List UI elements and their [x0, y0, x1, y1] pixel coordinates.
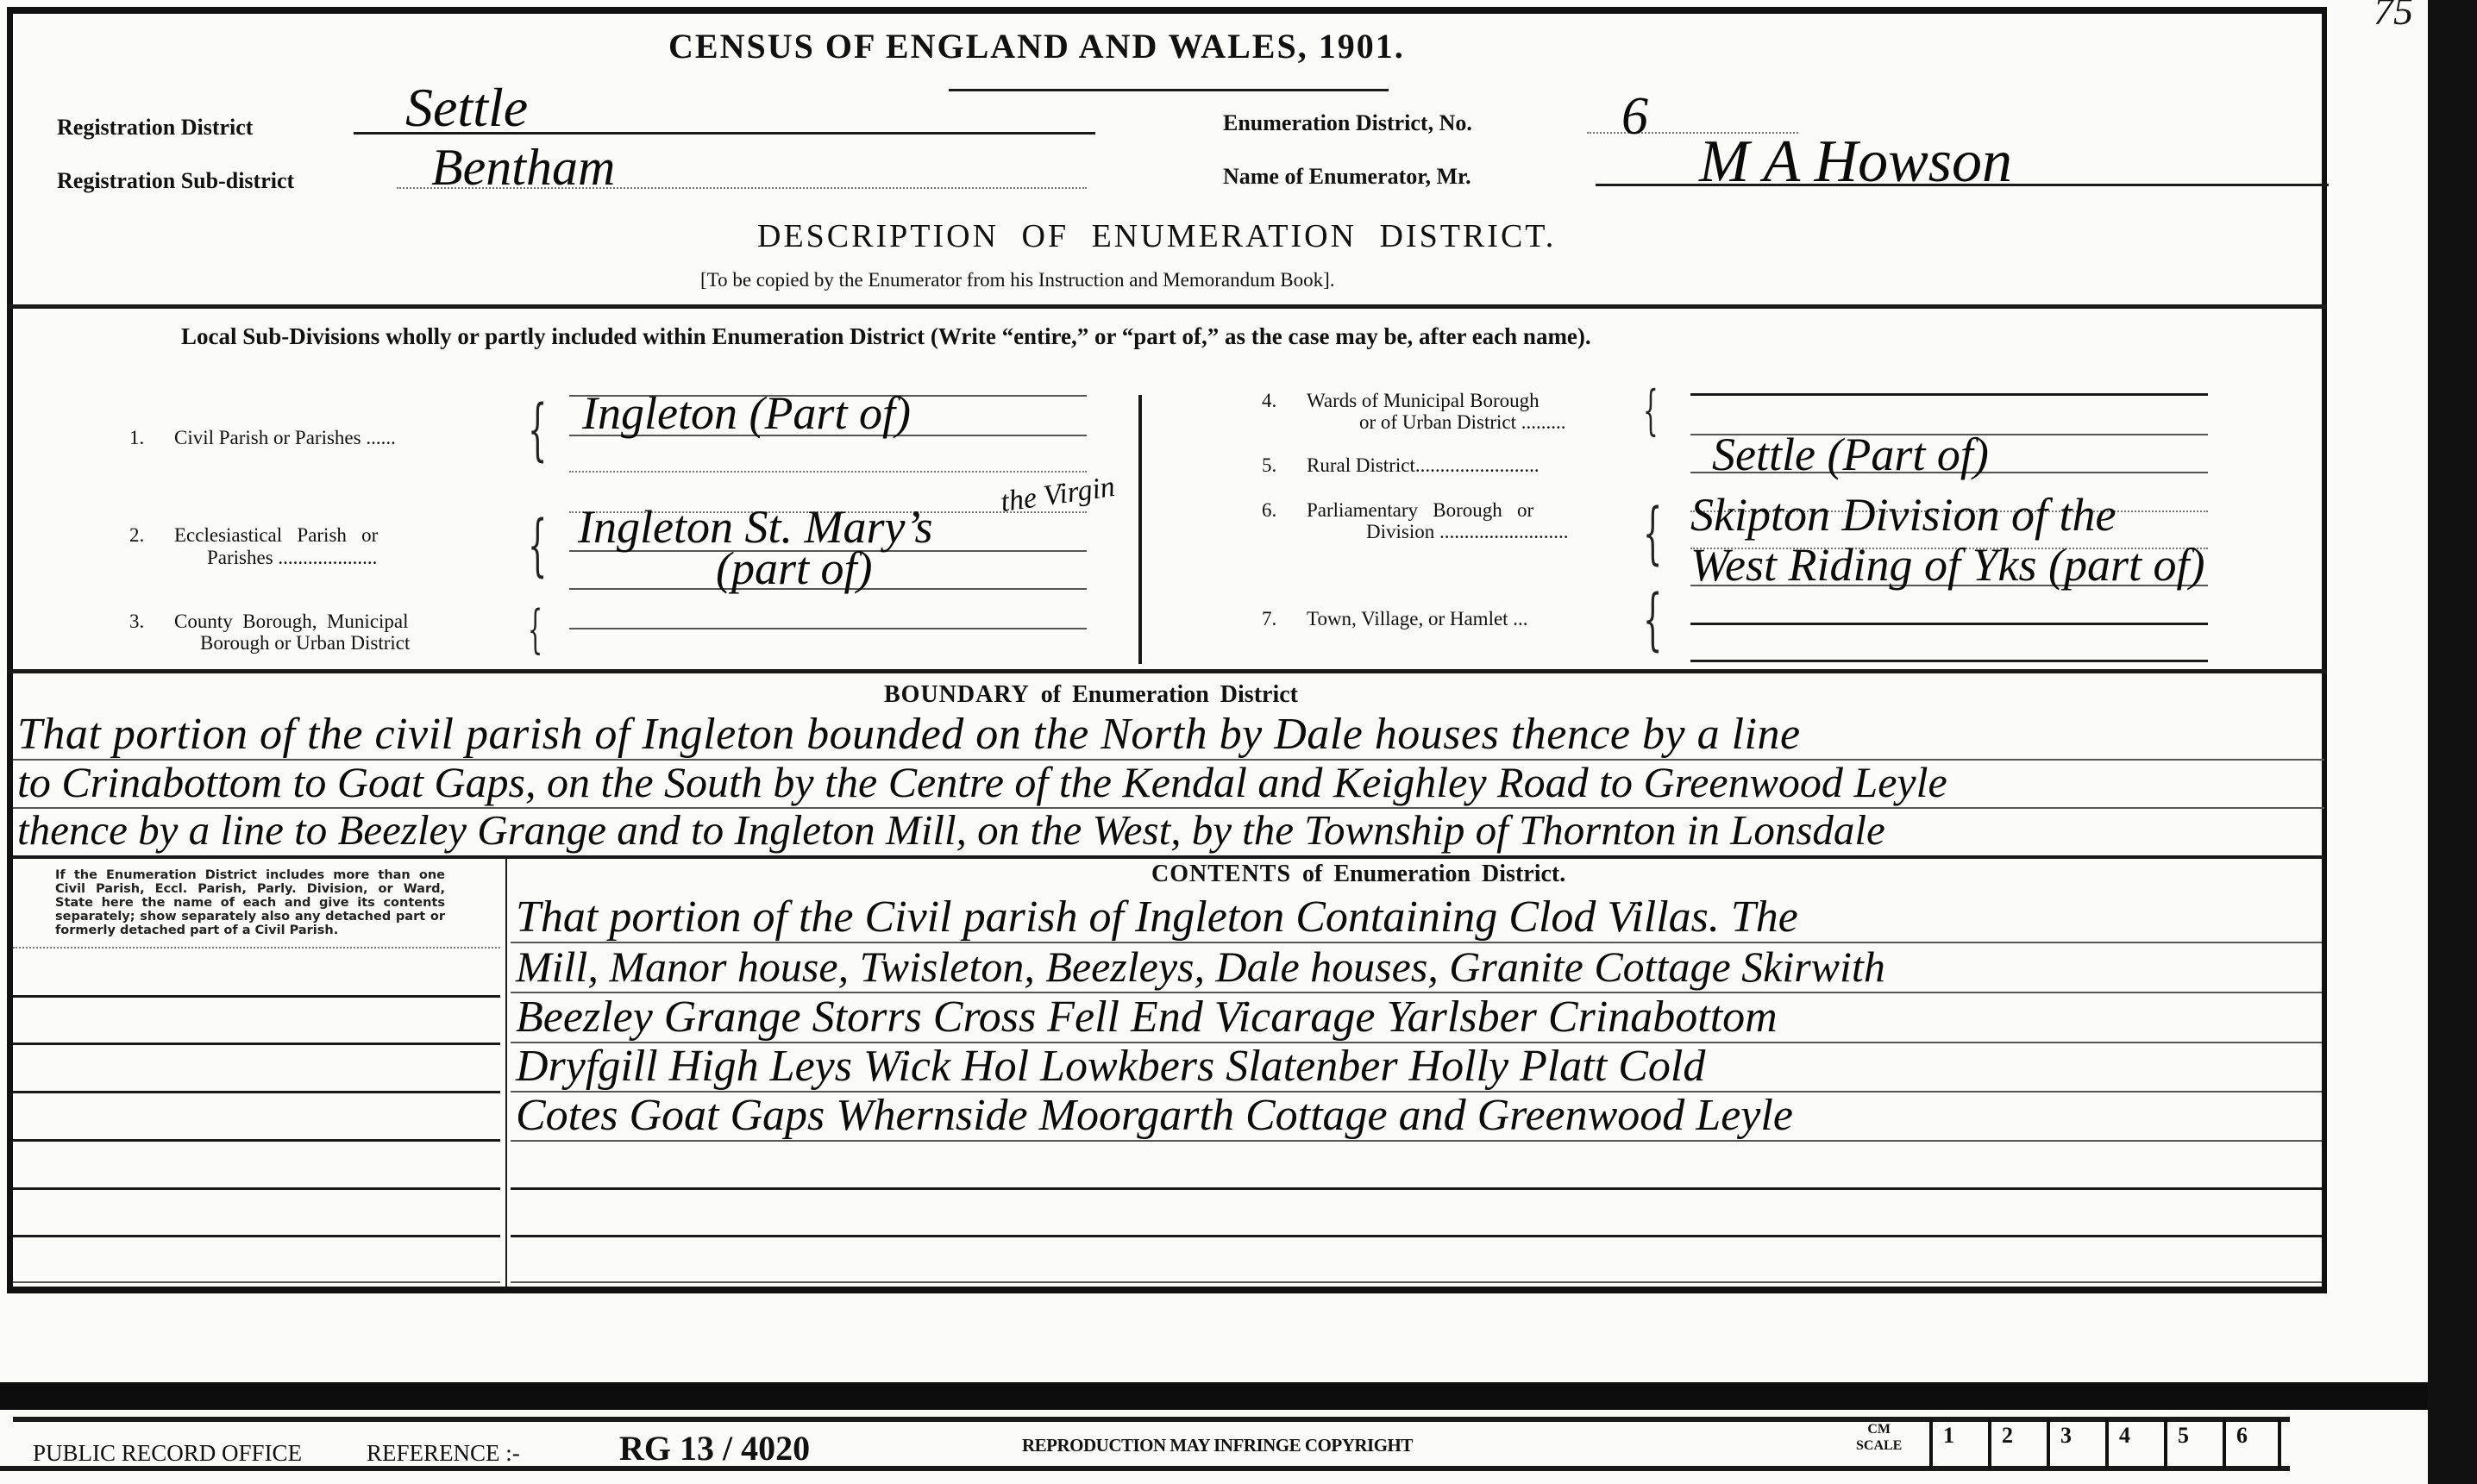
subdivision-label: Rural District.........................	[1307, 454, 1540, 477]
left-panel-rule	[13, 1235, 500, 1237]
contents-heading-bold: CONTENTS	[1151, 861, 1291, 887]
header-short-rule	[949, 89, 1389, 91]
subdivision-num: 3.	[129, 611, 144, 633]
enumeration-district-value[interactable]: 6	[1621, 86, 1648, 147]
contents-text-line[interactable]: Cotes Goat Gaps Whernside Moorgarth Cott…	[516, 1090, 1793, 1141]
subdivision-label: Wards of Municipal Borough	[1307, 390, 1540, 412]
registration-district-value[interactable]: Settle	[405, 76, 528, 140]
registration-subdistrict-label: Registration Sub-district	[57, 168, 294, 194]
rural-district-value[interactable]: Settle (Part of)	[1712, 428, 1989, 481]
brace-icon: {	[1643, 384, 1659, 437]
subdivision-label-line2: Parishes ....................	[207, 547, 377, 569]
parliamentary-division-value[interactable]: Skipton Division of the	[1690, 488, 2116, 542]
subdivision-label: Town, Village, or Hamlet ...	[1307, 608, 1528, 630]
left-panel-rule	[13, 947, 500, 949]
left-panel-rule	[13, 1091, 500, 1093]
subdivision-label: Parliamentary Borough or	[1307, 499, 1533, 522]
subdivision-num: 7.	[1262, 608, 1276, 630]
parliamentary-division-value-2[interactable]: West Riding of Yks (part of)	[1690, 538, 2205, 592]
contents-rule	[511, 1187, 2322, 1190]
boundary-heading-bold: BOUNDARY	[884, 681, 1030, 708]
left-panel-rule	[13, 1043, 500, 1045]
boundary-heading-rest: of Enumeration District	[1041, 681, 1298, 708]
brace-icon: {	[528, 604, 542, 655]
scale-mark: 5	[2164, 1419, 2223, 1469]
scale-mark: 4	[2105, 1419, 2164, 1469]
subdivision-num: 4.	[1262, 390, 1276, 412]
scan-edge-strip	[2428, 0, 2477, 1484]
subdivision-num: 2.	[129, 524, 144, 547]
contents-text-line[interactable]: Dryfgill High Leys Wick Hol Lowkbers Sla…	[516, 1041, 1705, 1092]
page-number: 75	[2374, 0, 2413, 34]
contents-left-divider	[505, 858, 507, 1289]
cm-label: CM	[1856, 1421, 1902, 1437]
scale-mark: 2	[1988, 1419, 2047, 1469]
contents-text-line[interactable]: That portion of the Civil parish of Ingl…	[516, 892, 1798, 942]
ecclesiastical-parish-value-2[interactable]: (part of)	[716, 542, 873, 595]
brace-icon: {	[1643, 586, 1662, 654]
left-panel-rule	[13, 1139, 500, 1142]
left-panel-rule	[13, 995, 500, 998]
description-heading: DESCRIPTION OF ENUMERATION DISTRICT.	[757, 217, 1556, 255]
scale-mark: 6	[2223, 1419, 2281, 1469]
entry-line	[1690, 623, 2208, 625]
reference-label: REFERENCE :-	[367, 1440, 520, 1467]
subdivision-label-line2: Borough or Urban District	[200, 632, 410, 654]
entry-line	[569, 471, 1087, 473]
boundary-text-line[interactable]: thence by a line to Beezley Grange and t…	[17, 805, 1885, 855]
contents-rule	[511, 1281, 2322, 1283]
subdivisions-heading: Local Sub-Divisions wholly or partly inc…	[181, 323, 1591, 350]
subdivision-label: County Borough, Municipal	[174, 611, 409, 633]
subdivision-label-line2: or of Urban District .........	[1359, 411, 1566, 434]
public-record-office-label: PUBLIC RECORD OFFICE	[33, 1440, 302, 1467]
subdivision-label: Civil Parish or Parishes ......	[174, 427, 396, 449]
scale-label: SCALE	[1856, 1437, 1902, 1454]
registration-district-label: Registration District	[57, 115, 253, 141]
cm-scale-label: CM SCALE	[1856, 1421, 1902, 1454]
brace-icon: {	[528, 397, 547, 464]
subdivision-label-line2: Division ..........................	[1366, 521, 1568, 543]
copyright-notice: REPRODUCTION MAY INFRINGE COPYRIGHT	[1022, 1435, 1413, 1456]
boundary-heading: BOUNDARY of Enumeration District	[884, 681, 1298, 709]
header-bottom-rule	[7, 304, 2327, 309]
entry-line	[1690, 393, 2208, 396]
brace-icon: {	[1643, 500, 1662, 567]
subdivision-num: 1.	[129, 427, 144, 449]
contents-instruction-note: If the Enumeration District includes mor…	[55, 868, 445, 937]
brace-icon: {	[528, 512, 547, 579]
census-title: CENSUS OF ENGLAND AND WALES, 1901.	[668, 26, 1405, 66]
subdivision-label: Ecclesiastical Parish or	[174, 524, 493, 547]
boundary-text-line[interactable]: to Crinabottom to Goat Gaps, on the Sout…	[17, 757, 1947, 807]
left-panel-rule	[13, 1281, 500, 1283]
enumeration-district-label: Enumeration District, No.	[1223, 110, 1472, 136]
subdivision-num: 5.	[1262, 454, 1276, 477]
entry-line	[1690, 660, 2208, 662]
scale-mark: 1	[1929, 1419, 1988, 1469]
scale-mark: 3	[2047, 1419, 2105, 1469]
subdivisions-divider	[1138, 395, 1142, 664]
boundary-text-line[interactable]: That portion of the civil parish of Ingl…	[17, 709, 1801, 760]
enumerator-label: Name of Enumerator, Mr.	[1223, 164, 1471, 190]
contents-text-line[interactable]: Mill, Manor house, Twisleton, Beezleys, …	[516, 942, 1885, 992]
contents-heading: CONTENTS of Enumeration District.	[1151, 861, 1565, 888]
civil-parish-value[interactable]: Ingleton (Part of)	[582, 386, 911, 440]
contents-text-line[interactable]: Beezley Grange Storrs Cross Fell End Vic…	[516, 992, 1778, 1043]
boundary-line-rule	[13, 855, 2324, 859]
enumerator-value[interactable]: M A Howson	[1699, 128, 2012, 197]
subdivision-num: 6.	[1262, 499, 1276, 522]
subdivisions-bottom-rule	[7, 669, 2327, 673]
reference-value: RG 13 / 4020	[619, 1428, 810, 1468]
census-page: 75 CENSUS OF ENGLAND AND WALES, 1901. Re…	[0, 0, 2477, 1484]
registration-subdistrict-value[interactable]: Bentham	[431, 138, 615, 197]
left-panel-rule	[13, 1187, 500, 1190]
entry-line	[569, 628, 1087, 629]
description-subheading: [To be copied by the Enumerator from his…	[700, 269, 1335, 291]
contents-heading-rest: of Enumeration District.	[1302, 861, 1565, 887]
contents-rule	[511, 1235, 2322, 1237]
footer-black-bar	[0, 1382, 2428, 1410]
